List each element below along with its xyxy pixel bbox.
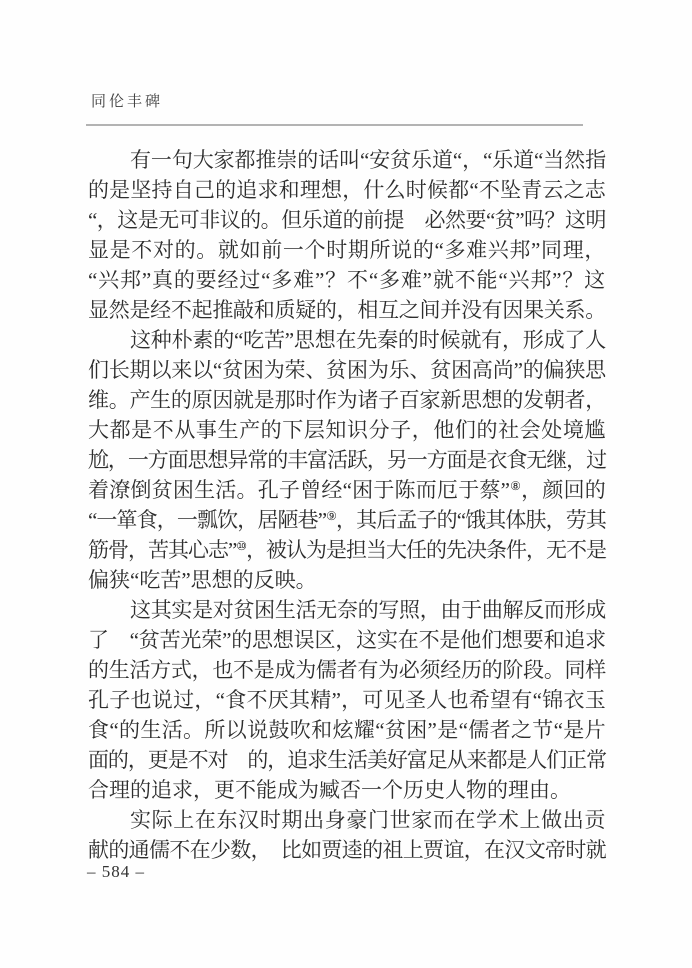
book-page: 同伦丰碑 有一句大家都推崇的话叫“安贫乐道“，“乐道“当然指的是坚持自己的追求和… — [0, 0, 692, 968]
text-line: 献的通儒不在少数， 比如贾逵的祖上贾谊，在汉文帝时就 — [88, 835, 606, 865]
text-line: 实际上在东汉时期出身豪门世家而在学术上做出贡 — [88, 805, 606, 835]
text-line: 孔子也说过，“食不厌其精”，可见圣人也希望有“锦衣玉 — [88, 685, 606, 715]
text-line: 偏狭“吃苦”思想的反映。 — [88, 565, 606, 595]
text-line: 这种朴素的“吃苦”思想在先秦的时候就有，形成了人 — [88, 325, 606, 355]
footnote-marker: ⑨ — [326, 509, 336, 523]
text-line: 有一句大家都推崇的话叫“安贫乐道“，“乐道“当然指 — [88, 145, 606, 175]
footnote-marker: ⑩ — [236, 539, 246, 553]
paragraph: 这其实是对贫困生活无奈的写照，由于曲解反而形成了 “贫苦光荣”的思想误区，这实在… — [88, 595, 606, 805]
body-text: 有一句大家都推崇的话叫“安贫乐道“，“乐道“当然指的是坚持自己的追求和理想，什么… — [88, 145, 606, 865]
text-line: 维。产生的原因就是那时作为诸子百家新思想的发朝者， — [88, 385, 606, 415]
text-line: 大都是不从事生产的下层知识分子，他们的社会处境尴 — [88, 415, 606, 445]
text-line: 食“的生活。所以说鼓吹和炫耀“贫困”是“儒者之节“是片 — [88, 715, 606, 745]
text-line: 筋骨，苦其心志”⑩，被认为是担当大任的先决条件，无不是 — [88, 535, 606, 565]
text-line: “兴邦”真的要经过“多难”？不“多难”就不能“兴邦”？这 — [88, 265, 606, 295]
text-line: 显然是经不起推敲和质疑的，相互之间并没有因果关系。 — [88, 295, 606, 325]
text-line: 尬，一方面思想异常的丰富活跃，另一方面是衣食无继，过 — [88, 445, 606, 475]
text-line: 这其实是对贫困生活无奈的写照，由于曲解反而形成 — [88, 595, 606, 625]
page-number: – 584 – — [87, 862, 145, 882]
text-line: 的生活方式，也不是成为儒者有为必须经历的阶段。同样 — [88, 655, 606, 685]
text-line: 的是坚持自己的追求和理想，什么时候都“不坠青云之志 — [88, 175, 606, 205]
text-line: 们长期以来以“贫困为荣、贫困为乐、贫困高尚”的偏狭思 — [88, 355, 606, 385]
text-line: “一箪食，一瓢饮，居陋巷”⑨，其后孟子的“饿其体肤，劳其 — [88, 505, 606, 535]
footnote-marker: ⑧ — [510, 479, 521, 493]
text-line: 着潦倒贫困生活。孔子曾经“困于陈而厄于蔡”⑧，颜回的 — [88, 475, 606, 505]
header-divider — [86, 124, 583, 126]
text-line: 合理的追求，更不能成为臧否一个历史人物的理由。 — [88, 775, 606, 805]
text-line: 显是不对的。就如前一个时期所说的“多难兴邦”同理， — [88, 235, 606, 265]
paragraph: 有一句大家都推崇的话叫“安贫乐道“，“乐道“当然指的是坚持自己的追求和理想，什么… — [88, 145, 606, 325]
paragraph: 实际上在东汉时期出身豪门世家而在学术上做出贡献的通儒不在少数， 比如贾逵的祖上贾… — [88, 805, 606, 865]
paragraph: 这种朴素的“吃苦”思想在先秦的时候就有，形成了人们长期以来以“贫困为荣、贫困为乐… — [88, 325, 606, 595]
text-line: “，这是无可非议的。但乐道的前提 必然要“贫”吗？这明 — [88, 205, 606, 235]
text-line: 面的，更是不对 的，追求生活美好富足从来都是人们正常 — [88, 745, 606, 775]
running-head: 同伦丰碑 — [91, 90, 163, 111]
text-line: 了 “贫苦光荣”的思想误区，这实在不是他们想要和追求 — [88, 625, 606, 655]
